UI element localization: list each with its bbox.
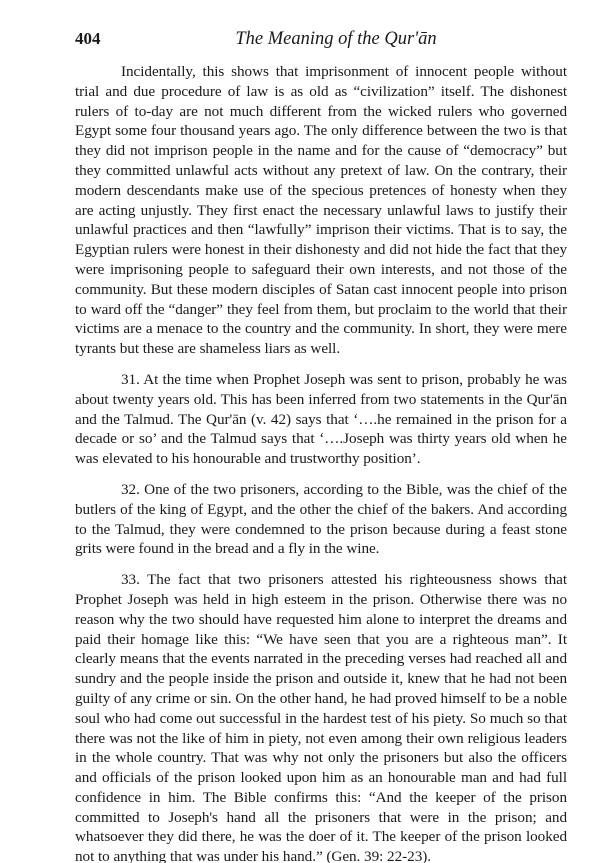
page-body: Incidentally, this shows that imprisonme… (75, 62, 567, 863)
running-title: The Meaning of the Qur'ān (75, 29, 567, 50)
page-header: 404 The Meaning of the Qur'ān (75, 29, 567, 51)
note-33: 33. The fact that two prisoners attested… (75, 570, 567, 863)
note-31: 31. At the time when Prophet Joseph was … (75, 370, 567, 469)
paragraph-incidentally: Incidentally, this shows that imprisonme… (75, 62, 567, 359)
note-32: 32. One of the two prisoners, according … (75, 480, 567, 559)
